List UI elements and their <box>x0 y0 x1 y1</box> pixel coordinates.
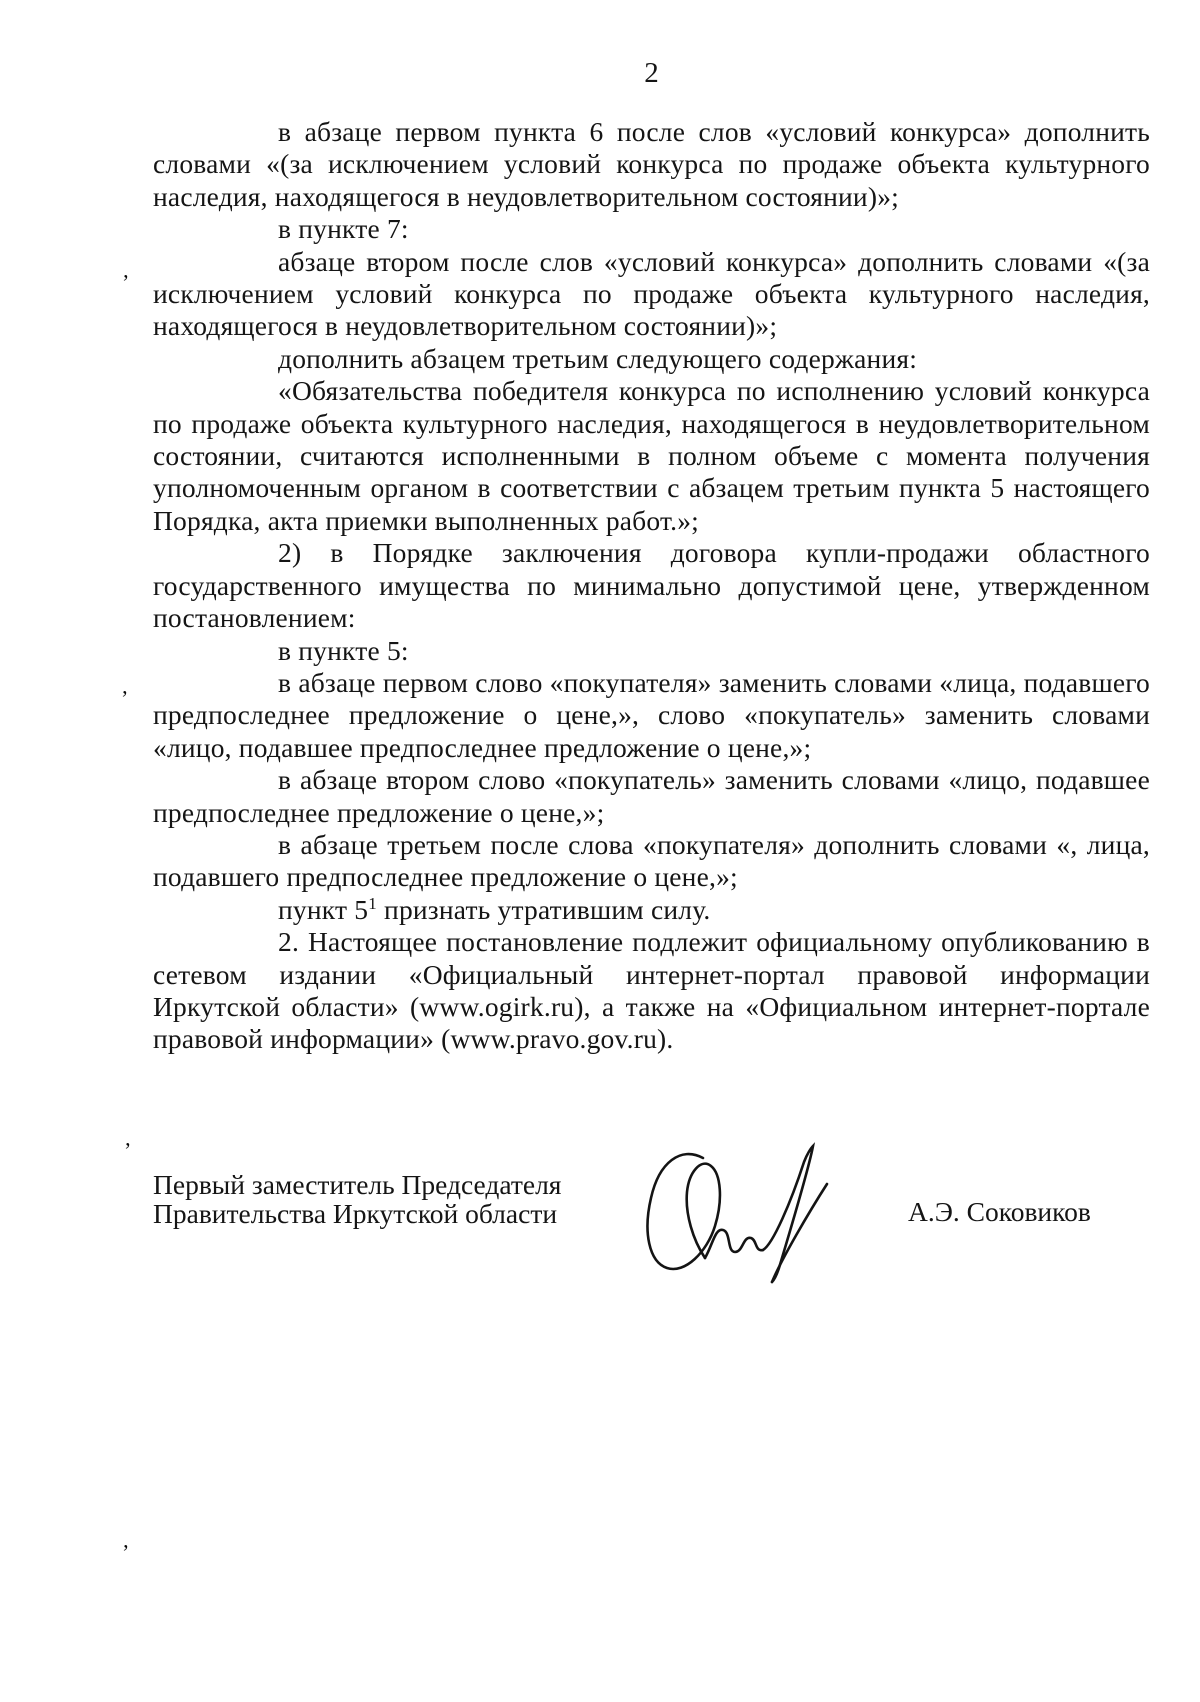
paragraph: 2) в Порядке заключения договора купли-п… <box>153 537 1150 634</box>
paragraph: абзаце втором после слов «условий конкур… <box>153 246 1150 343</box>
scan-artifact: ʼ <box>124 1140 131 1162</box>
paragraph: в пункте 5: <box>153 635 1150 667</box>
paragraph: в абзаце первом пункта 6 после слов «усл… <box>153 116 1150 213</box>
signature-block: Первый заместитель Председателя Правител… <box>153 1168 1150 1378</box>
scan-artifact: ʼ <box>121 688 128 710</box>
signature-icon <box>641 1140 851 1300</box>
page-number: 2 <box>153 0 1150 88</box>
signatory-name: А.Э. Соковиков <box>908 1196 1091 1228</box>
paragraph: в абзаце первом слово «покупателя» замен… <box>153 667 1150 764</box>
paragraph: дополнить абзацем третьим следующего сод… <box>153 343 1150 375</box>
superscript: 1 <box>368 894 377 913</box>
paragraph: 2. Настоящее постановление подлежит офиц… <box>153 926 1150 1056</box>
document-body: в абзаце первом пункта 6 после слов «усл… <box>153 116 1150 1056</box>
paragraph: в абзаце втором слово «покупатель» замен… <box>153 764 1150 829</box>
scan-artifact: ʼ <box>122 1542 129 1564</box>
signatory-title-line2: Правительства Иркутской области <box>153 1199 561 1228</box>
signatory-title: Первый заместитель Председателя Правител… <box>153 1170 561 1228</box>
paragraph: в пункте 7: <box>153 213 1150 245</box>
paragraph: «Обязательства победителя конкурса по ис… <box>153 375 1150 537</box>
signatory-title-line1: Первый заместитель Председателя <box>153 1170 561 1199</box>
scan-artifact: ʼ <box>122 272 129 294</box>
paragraph: в абзаце третьем после слова «покупателя… <box>153 829 1150 894</box>
paragraph: пункт 51 признать утратившим силу. <box>153 894 1150 926</box>
